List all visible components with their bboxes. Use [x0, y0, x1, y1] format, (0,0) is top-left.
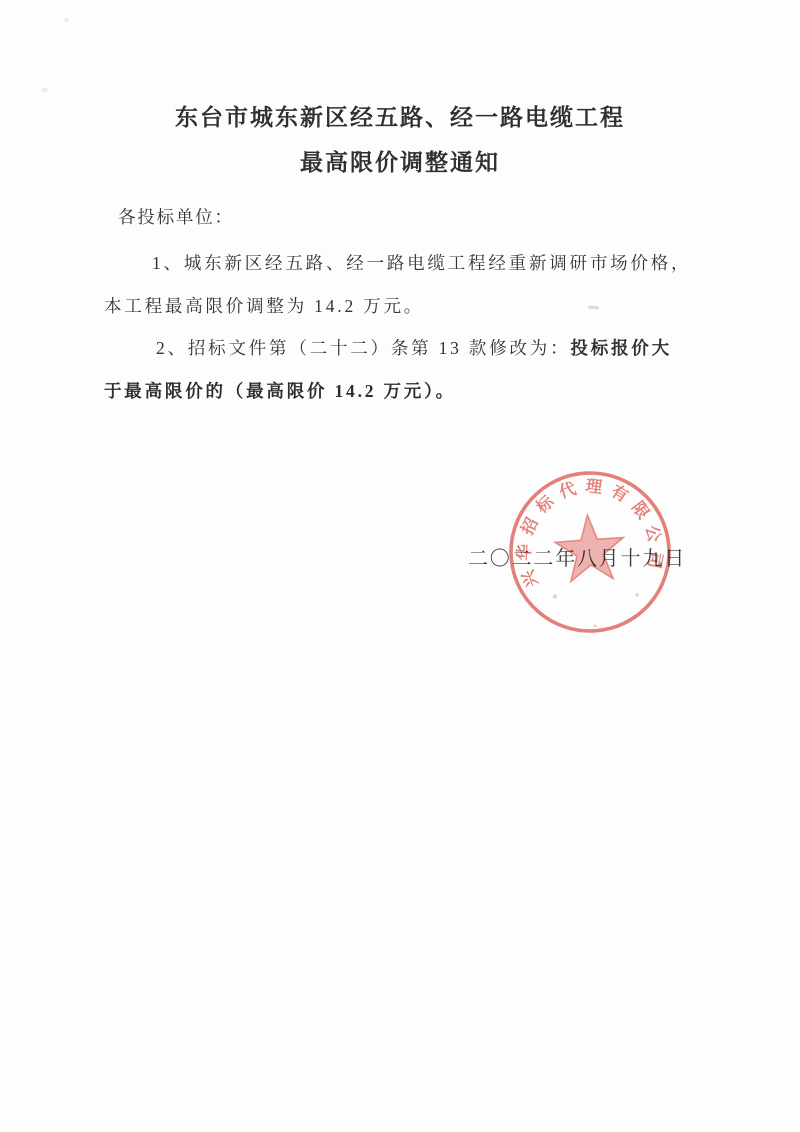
scan-artifact-speck: [64, 18, 69, 22]
paragraph2-line1-normal: 2、招标文件第（二十二）条第 13 款修改为：: [156, 338, 570, 358]
ink-speck: [553, 594, 558, 599]
salutation: 各投标单位：: [104, 204, 704, 229]
scan-artifact-speck: [42, 88, 48, 92]
ink-speck: [593, 624, 596, 627]
paragraph1-line1: 1、城东新区经五路、经一路电缆工程经重新调研市场价格，: [104, 250, 704, 275]
company-seal-stamp: 兴华招标代理有限公司: [479, 441, 701, 663]
document-title-line1: 东台市城东新区经五路、经一路电缆工程: [0, 99, 800, 132]
seal-graphic: 兴华招标代理有限公司: [479, 441, 701, 663]
document-title-line2: 最高限价调整通知: [0, 144, 800, 177]
paragraph2-line2: 于最高限价的（最高限价 14.2 万元）。: [104, 378, 704, 403]
notice-document-page: 东台市城东新区经五路、经一路电缆工程 最高限价调整通知 各投标单位： 1、城东新…: [0, 0, 800, 1132]
ink-speck: [635, 593, 639, 597]
paragraph2-line1: 2、招标文件第（二十二）条第 13 款修改为：投标报价大: [104, 335, 704, 360]
paragraph2-line1-bold: 投标报价大: [570, 338, 672, 358]
star-icon: [553, 513, 626, 583]
paragraph1-line2: 本工程最高限价调整为 14.2 万元。: [104, 293, 704, 318]
